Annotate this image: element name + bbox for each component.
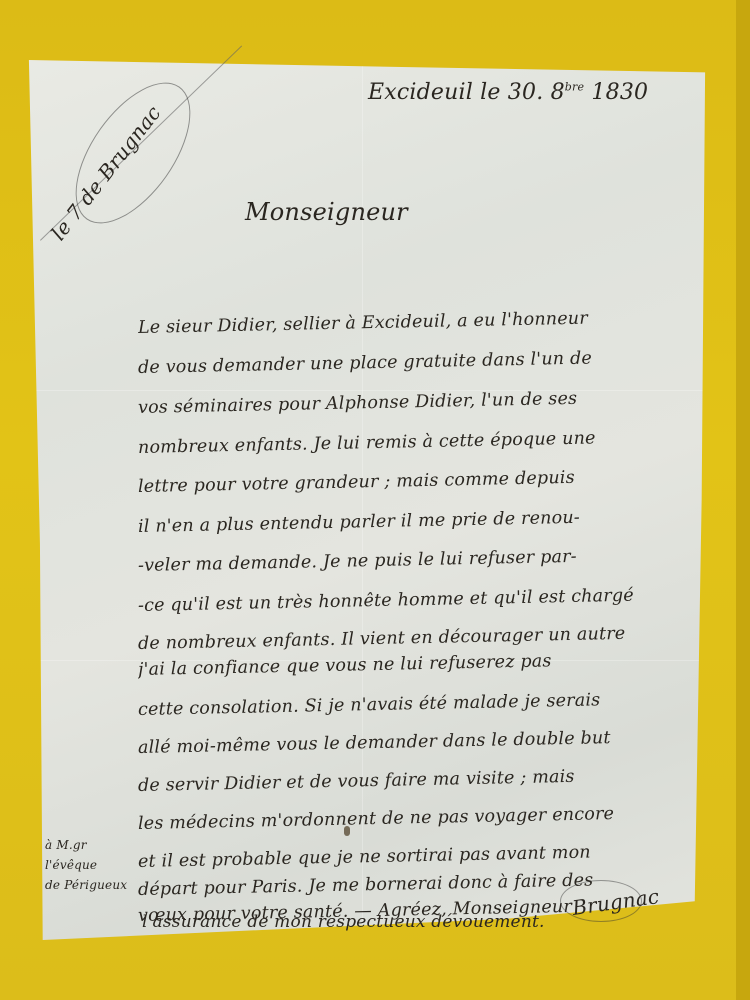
place-date: Excideuil le 30. 8bre 1830 <box>368 80 648 105</box>
salutation: Monseigneur <box>245 198 408 226</box>
address-note-line: de Périgueux <box>45 876 127 894</box>
month-superscript: bre <box>565 81 584 94</box>
year: 1830 <box>591 80 648 105</box>
background-strip <box>736 0 750 1000</box>
place-date-text: Excideuil le 30. 8 <box>368 80 565 105</box>
closing: l'assurance de mon respectueux dévouemen… <box>142 912 545 932</box>
ink-stain <box>344 826 350 836</box>
address-note-line: l'évêque <box>45 856 97 874</box>
paper-crease <box>362 60 363 940</box>
address-note-line: à M.gr <box>45 836 87 854</box>
